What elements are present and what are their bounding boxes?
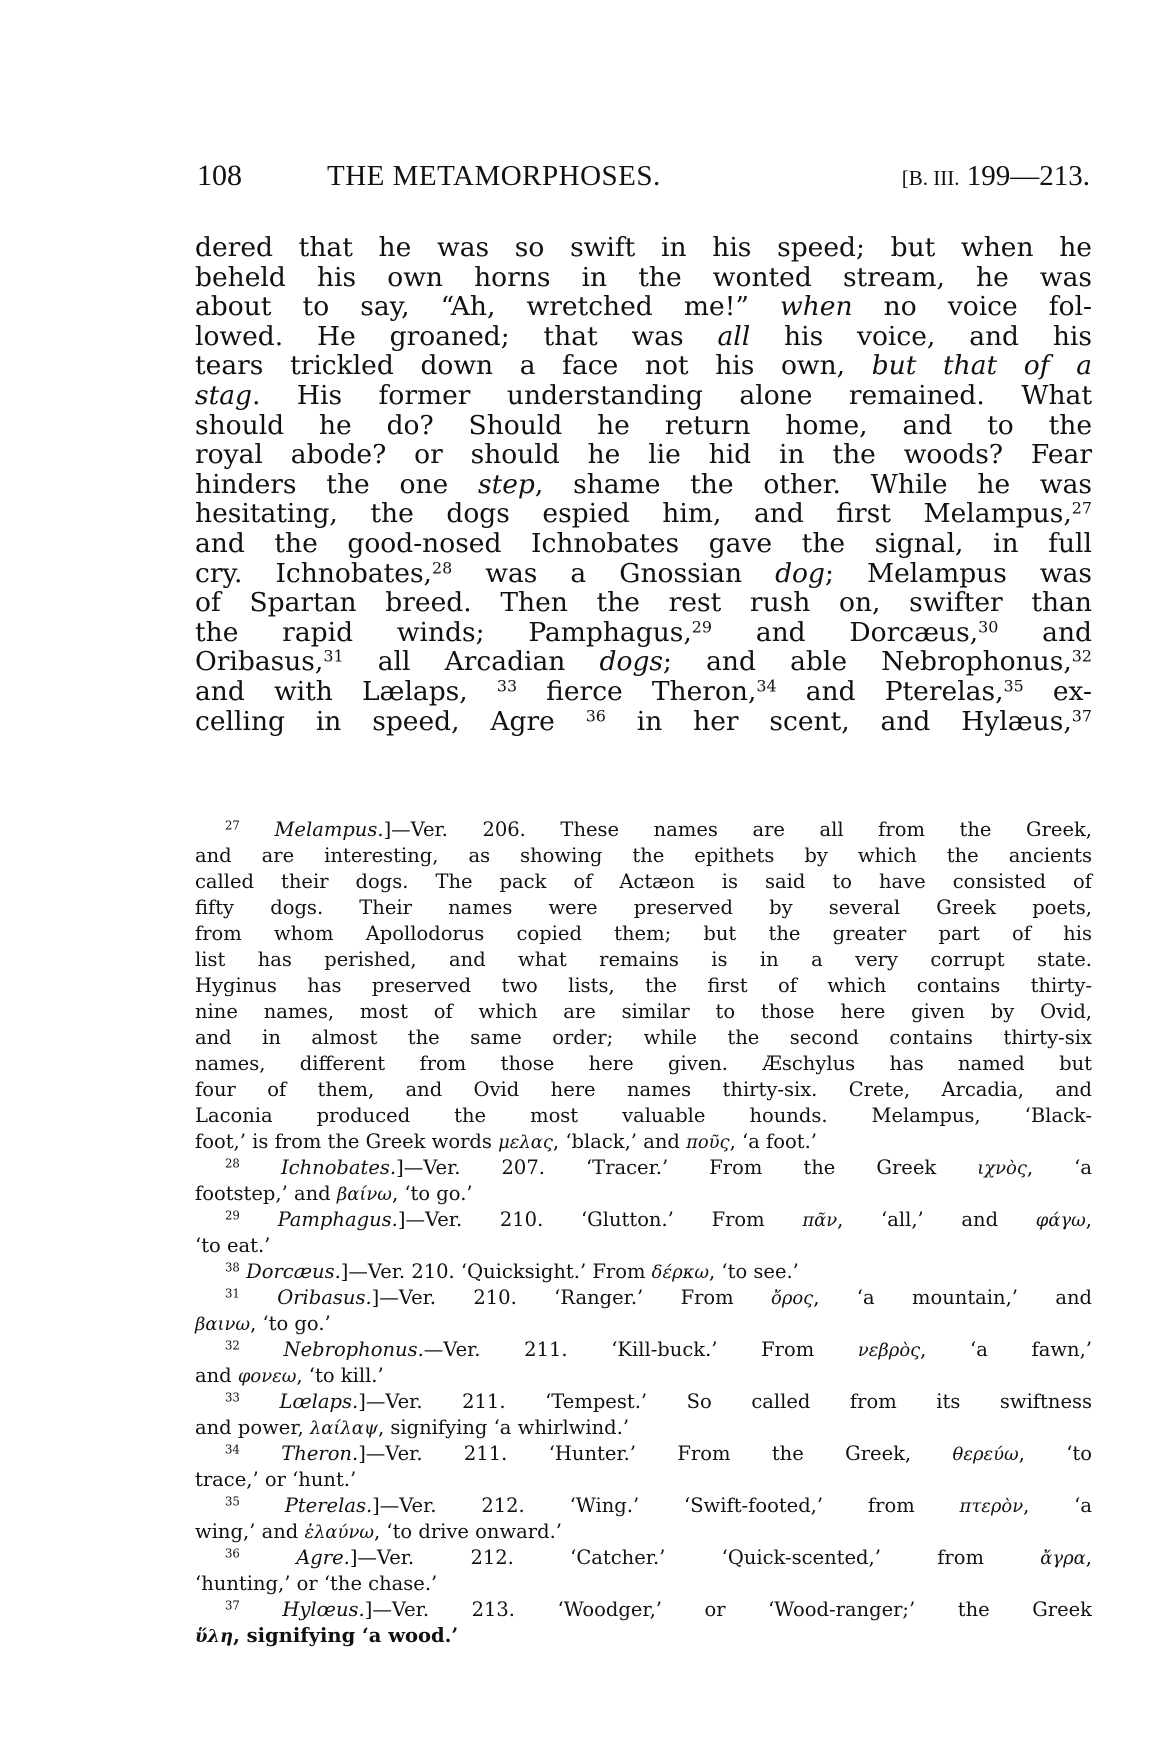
footnote-start-line: 29 Pamphagus.]—Ver. 210. ‘Glutton.’ From… <box>195 1207 1092 1233</box>
text-run: ]—Ver. 213. ‘Woodger,’ or ‘Wood-ranger;’… <box>365 1598 1092 1621</box>
text-line: hesitating, the dogs espied him, and fir… <box>195 499 1092 529</box>
text-line: beheld his own horns in the wonted strea… <box>195 263 1092 293</box>
footnote-line: Hyginus has preserved two lists, the fir… <box>195 973 1092 999</box>
text-run: , <box>1086 1546 1092 1569</box>
text-run: Hyginus has preserved two lists, the fir… <box>195 974 1092 997</box>
greek-word: ποῦς <box>686 1132 730 1153</box>
text-line: cry. Ichnobates,28 was a Gnossian dog; M… <box>195 559 1092 589</box>
footnote-marker: 34 <box>225 1443 240 1457</box>
footnote-marker: 31 <box>225 1287 240 1301</box>
text-run: , <box>1086 1208 1092 1231</box>
text-run: and with Lælaps, <box>195 676 497 707</box>
text-line: lowed. He groaned; that was all his voic… <box>195 322 1092 352</box>
footnote-line: Laconia produced the most valuable hound… <box>195 1103 1092 1129</box>
italic-text: dog <box>775 558 825 589</box>
text-run: , ‘to go.’ <box>250 1312 331 1335</box>
text-run: , ‘to kill.’ <box>296 1364 383 1387</box>
greek-word: δέρκω <box>652 1262 709 1283</box>
greek-word: ὕλη <box>195 1626 233 1647</box>
italic-text: Oribasus. <box>277 1286 371 1309</box>
footnote-line: trace,’ or ‘hunt.’ <box>195 1467 1092 1493</box>
text-run <box>240 1156 281 1179</box>
text-run: Oribasus, <box>195 646 323 677</box>
greek-word: μελας <box>498 1132 553 1153</box>
text-line: stag. His former understanding alone rem… <box>195 381 1092 411</box>
footnote-marker: 35 <box>225 1495 240 1509</box>
footnote-start-line: 36 Agre.]—Ver. 212. ‘Catcher.’ ‘Quick-sc… <box>195 1545 1092 1571</box>
italic-text: Agre. <box>296 1546 350 1569</box>
text-run: the rapid winds; Pamphagus, <box>195 617 692 648</box>
footnote-marker: 36 <box>225 1547 240 1561</box>
text-run: ‘to eat.’ <box>195 1234 270 1257</box>
footnote-line: and power, λαίλαψ, signifying ‘a whirlwi… <box>195 1415 1092 1441</box>
text-run: and Pterelas, <box>777 676 1004 707</box>
text-run: celling in speed, Agre <box>195 706 586 737</box>
italic-text: Dorcæus. <box>246 1260 341 1283</box>
text-run: and power, <box>195 1416 310 1439</box>
text-run: , ‘a fawn,’ <box>920 1338 1092 1361</box>
footnote-marker: 35 <box>1004 676 1024 695</box>
greek-word: πτερὸν <box>960 1496 1024 1517</box>
text-run: , ‘to drive onward.’ <box>374 1520 562 1543</box>
greek-word: ιχνὸς <box>977 1158 1027 1179</box>
greek-word: φονεω <box>238 1366 297 1387</box>
text-line: about to say, “Ah, wretched me!” when no… <box>195 292 1092 322</box>
italic-text: Nebrophonus. <box>284 1338 424 1361</box>
footnote-start-line: 32 Nebrophonus.—Ver. 211. ‘Kill-buck.’ F… <box>195 1337 1092 1363</box>
footnote-marker: 34 <box>756 676 776 695</box>
footnote-marker: 37 <box>1072 706 1092 725</box>
text-run: and are interesting, as showing the epit… <box>195 844 1092 867</box>
footnote-line: fifty dogs. Their names were preserved b… <box>195 895 1092 921</box>
footnote-line: called their dogs. The pack of Actæon is… <box>195 869 1092 895</box>
footnote-marker: 28 <box>225 1157 240 1171</box>
footnote-line: and in almost the same order; while the … <box>195 1025 1092 1051</box>
italic-text: step <box>478 469 535 500</box>
text-run: tears trickled down a face not his own, <box>195 350 872 381</box>
text-run: should he do? Should he return home, and… <box>195 410 1092 441</box>
text-run: ]—Ver. 211. ‘Tempest.’ So called from it… <box>358 1390 1092 1413</box>
text-line: and with Lælaps, 33 fierce Theron,34 and… <box>195 677 1092 707</box>
text-run: royal abode? or should he lie hid in the… <box>195 439 1092 470</box>
footnote-start-line: 28 Ichnobates.]—Ver. 207. ‘Tracer.’ From… <box>195 1155 1092 1181</box>
italic-text: Lœlaps. <box>279 1390 358 1413</box>
footnote-marker: 32 <box>1072 647 1092 666</box>
italic-text: Hylœus. <box>282 1598 364 1621</box>
footnote-marker: 27 <box>1072 499 1092 518</box>
italic-text: all <box>717 321 750 352</box>
text-run: cry. Ichnobates, <box>195 558 432 589</box>
footnote-start-line: 33 Lœlaps.]—Ver. 211. ‘Tempest.’ So call… <box>195 1389 1092 1415</box>
text-run <box>240 1598 283 1621</box>
text-run: no voice fol- <box>853 291 1092 322</box>
text-run: was a Gnossian <box>452 558 775 589</box>
footnote-marker: 28 <box>432 558 452 577</box>
page-number: 108 <box>197 158 242 194</box>
text-run: all Arcadian <box>344 646 600 677</box>
text-run <box>240 1494 285 1517</box>
text-run: nine names, most of which are similar to… <box>195 1000 1092 1023</box>
text-run <box>240 1208 278 1231</box>
footnote-line: wing,’ and ἐλαύνω, ‘to drive onward.’ <box>195 1519 1092 1545</box>
text-run: called their dogs. The pack of Actæon is… <box>195 870 1092 893</box>
text-run: and <box>195 1364 238 1387</box>
italic-text: Pamphagus. <box>278 1208 398 1231</box>
verse-numbers: 199—213. <box>967 160 1090 192</box>
footnotes: 27 Melampus.]—Ver. 206. These names are … <box>195 817 1092 1649</box>
text-run: ]—Ver. 206. These names are all from the… <box>384 818 1092 841</box>
text-run: , shame the other. While he was <box>535 469 1092 500</box>
text-run: —Ver. 211. ‘Kill-buck.’ From <box>424 1338 858 1361</box>
footnote-line: ὕλη, signifying ‘a wood.’ <box>195 1623 1092 1649</box>
footnote-marker: 38 <box>225 1261 240 1275</box>
text-run: hesitating, the dogs espied him, and fir… <box>195 498 1072 529</box>
text-run: ]—Ver. 210. ‘Quicksight.’ From <box>341 1260 652 1283</box>
text-line: should he do? Should he return home, and… <box>195 411 1092 441</box>
greek-word: φάγω <box>1036 1210 1086 1231</box>
text-run: ]—Ver. 212. ‘Wing.’ ‘Swift-footed,’ from <box>372 1494 959 1517</box>
text-run: ‘hunting,’ or ‘the chase.’ <box>195 1572 437 1595</box>
greek-word: βαίνω <box>337 1184 392 1205</box>
text-run: . His former understanding alone remaine… <box>252 380 1092 411</box>
text-run: lowed. He groaned; that was <box>195 321 717 352</box>
text-run: four of them, and Ovid here names thirty… <box>195 1078 1092 1101</box>
greek-word: ὄρος <box>771 1288 813 1309</box>
text-run: Laconia produced the most valuable hound… <box>195 1104 1092 1127</box>
text-run: fierce Theron, <box>517 676 756 707</box>
text-run: fifty dogs. Their names were preserved b… <box>195 896 1092 919</box>
text-run: ex- <box>1024 676 1092 707</box>
text-run: and in almost the same order; while the … <box>195 1026 1092 1049</box>
greek-word: λαίλαψ <box>310 1418 378 1439</box>
footnote-line: four of them, and Ovid here names thirty… <box>195 1077 1092 1103</box>
text-run: names, different from those here given. … <box>195 1052 1092 1075</box>
footnote-start-line: 31 Oribasus.]—Ver. 210. ‘Ranger.’ From ὄ… <box>195 1285 1092 1311</box>
text-run: ; and able Nebrophonus, <box>663 646 1072 677</box>
italic-text: Pterelas. <box>285 1494 372 1517</box>
text-run: ]—Ver. 207. ‘Tracer.’ From the Greek <box>396 1156 977 1179</box>
footnote-line: footstep,’ and βαίνω, ‘to go.’ <box>195 1181 1092 1207</box>
text-run: , ‘a foot.’ <box>730 1130 817 1153</box>
footnote-start-line: 27 Melampus.]—Ver. 206. These names are … <box>195 817 1092 843</box>
italic-text: stag <box>195 380 252 411</box>
text-run: , ‘to go.’ <box>392 1182 473 1205</box>
footnote-start-line: 37 Hylœus.]—Ver. 213. ‘Woodger,’ or ‘Woo… <box>195 1597 1092 1623</box>
italic-text: but that of a <box>872 350 1092 381</box>
footnote-line: from whom Apollodorus copied them; but t… <box>195 921 1092 947</box>
text-run: ]—Ver. 210. ‘Glutton.’ From <box>398 1208 803 1231</box>
greek-word: ἄγρα <box>1040 1548 1086 1569</box>
footnote-marker: 33 <box>225 1391 240 1405</box>
text-run: ]—Ver. 212. ‘Catcher.’ ‘Quick-scented,’ … <box>350 1546 1040 1569</box>
text-line: hinders the one step, shame the other. W… <box>195 470 1092 500</box>
text-line: dered that he was so swift in his speed;… <box>195 233 1092 263</box>
verse-range: [B. III. 199—213. <box>902 158 1090 196</box>
text-run <box>240 1442 281 1465</box>
text-run: , ‘to see.’ <box>709 1260 799 1283</box>
greek-word: ἐλαύνω <box>304 1522 374 1543</box>
text-line: of Spartan breed. Then the rest rush on,… <box>195 588 1092 618</box>
footnote-line: βαινω, ‘to go.’ <box>195 1311 1092 1337</box>
book-title: THE METAMORPHOSES. <box>327 158 661 194</box>
text-run: dered that he was so swift in his speed;… <box>195 232 1092 263</box>
footnote-line: foot,’ is from the Greek words μελας, ‘b… <box>195 1129 1092 1155</box>
text-run <box>240 1390 280 1413</box>
greek-word: νεβρὸς <box>858 1340 920 1361</box>
text-run: wing,’ and <box>195 1520 304 1543</box>
book-reference: [B. III. <box>902 166 960 190</box>
text-line: the rapid winds; Pamphagus,29 and Dorcæu… <box>195 618 1092 648</box>
footnote-start-line: 38 Dorcæus.]—Ver. 210. ‘Quicksight.’ Fro… <box>195 1259 1092 1285</box>
footnote-marker: 31 <box>323 647 343 666</box>
text-run: in her scent, and Hylæus, <box>606 706 1072 737</box>
text-run <box>240 1546 296 1569</box>
footnote-marker: 36 <box>586 706 606 725</box>
text-run: , ‘black,’ and <box>553 1130 686 1153</box>
text-run: and the good-nosed Ichnobates gave the s… <box>195 528 1092 559</box>
text-run: , ‘a <box>1027 1156 1092 1179</box>
text-run: ; Melampus was <box>825 558 1092 589</box>
footnote-marker: 37 <box>225 1599 240 1613</box>
footnote-line: ‘hunting,’ or ‘the chase.’ <box>195 1571 1092 1597</box>
main-text: dered that he was so swift in his speed;… <box>195 233 1092 736</box>
running-header: 108 THE METAMORPHOSES. [B. III. 199—213. <box>195 158 1092 194</box>
text-run: , signifying ‘a whirlwind.’ <box>378 1416 629 1439</box>
footnote-line: names, different from those here given. … <box>195 1051 1092 1077</box>
footnote-marker: 33 <box>497 676 517 695</box>
text-run: his voice, and his <box>750 321 1092 352</box>
footnote-marker: 32 <box>225 1339 240 1353</box>
text-line: and the good-nosed Ichnobates gave the s… <box>195 529 1092 559</box>
italic-text: Theron. <box>281 1442 358 1465</box>
text-run: , ‘to <box>1019 1442 1092 1465</box>
greek-word: βαινω <box>195 1314 250 1335</box>
footnote-marker: 27 <box>225 819 240 833</box>
text-run: from whom Apollodorus copied them; but t… <box>195 922 1092 945</box>
footnote-line: nine names, most of which are similar to… <box>195 999 1092 1025</box>
text-run: and <box>998 617 1092 648</box>
text-run: of Spartan breed. Then the rest rush on,… <box>195 587 1092 618</box>
text-run: trace,’ or ‘hunt.’ <box>195 1468 356 1491</box>
text-run: hinders the one <box>195 469 478 500</box>
text-run: and Dorcæus, <box>712 617 978 648</box>
text-run: , ‘a mountain,’ and <box>813 1286 1092 1309</box>
footnote-marker: 29 <box>225 1209 240 1223</box>
text-run: ]—Ver. 210. ‘Ranger.’ From <box>372 1286 771 1309</box>
footnote-line: and are interesting, as showing the epit… <box>195 843 1092 869</box>
footnote-start-line: 35 Pterelas.]—Ver. 212. ‘Wing.’ ‘Swift-f… <box>195 1493 1092 1519</box>
text-run: foot,’ is from the Greek words <box>195 1130 498 1153</box>
italic-text: Ichnobates. <box>281 1156 396 1179</box>
italic-text: Melampus. <box>274 818 383 841</box>
text-line: royal abode? or should he lie hid in the… <box>195 440 1092 470</box>
italic-text: when <box>780 291 853 322</box>
text-run: ]—Ver. 211. ‘Hunter.’ From the Greek, <box>358 1442 952 1465</box>
greek-word: πᾶν <box>802 1210 837 1231</box>
text-run: list has perished, and what remains is i… <box>195 948 1092 971</box>
footnote-marker: 29 <box>692 617 712 636</box>
text-run: , ‘a <box>1023 1494 1092 1517</box>
footnote-line: list has perished, and what remains is i… <box>195 947 1092 973</box>
text-line: celling in speed, Agre 36 in her scent, … <box>195 707 1092 737</box>
text-run: , ‘all,’ and <box>837 1208 1036 1231</box>
footnote-marker: 30 <box>978 617 998 636</box>
text-run <box>240 1286 277 1309</box>
text-line: tears trickled down a face not his own, … <box>195 351 1092 381</box>
text-line: Oribasus,31 all Arcadian dogs; and able … <box>195 647 1092 677</box>
footnote-start-line: 34 Theron.]—Ver. 211. ‘Hunter.’ From the… <box>195 1441 1092 1467</box>
italic-text: dogs <box>600 646 663 677</box>
text-run <box>240 1338 284 1361</box>
text-run: about to say, “Ah, wretched me!” <box>195 291 780 322</box>
greek-word: θερεύω <box>953 1444 1019 1465</box>
footnote-line: and φονεω, ‘to kill.’ <box>195 1363 1092 1389</box>
text-run: footstep,’ and <box>195 1182 337 1205</box>
footnote-line: ‘to eat.’ <box>195 1233 1092 1259</box>
text-run: , signifying ‘a wood.’ <box>233 1624 458 1647</box>
text-run: beheld his own horns in the wonted strea… <box>195 262 1092 293</box>
text-run <box>240 818 275 841</box>
